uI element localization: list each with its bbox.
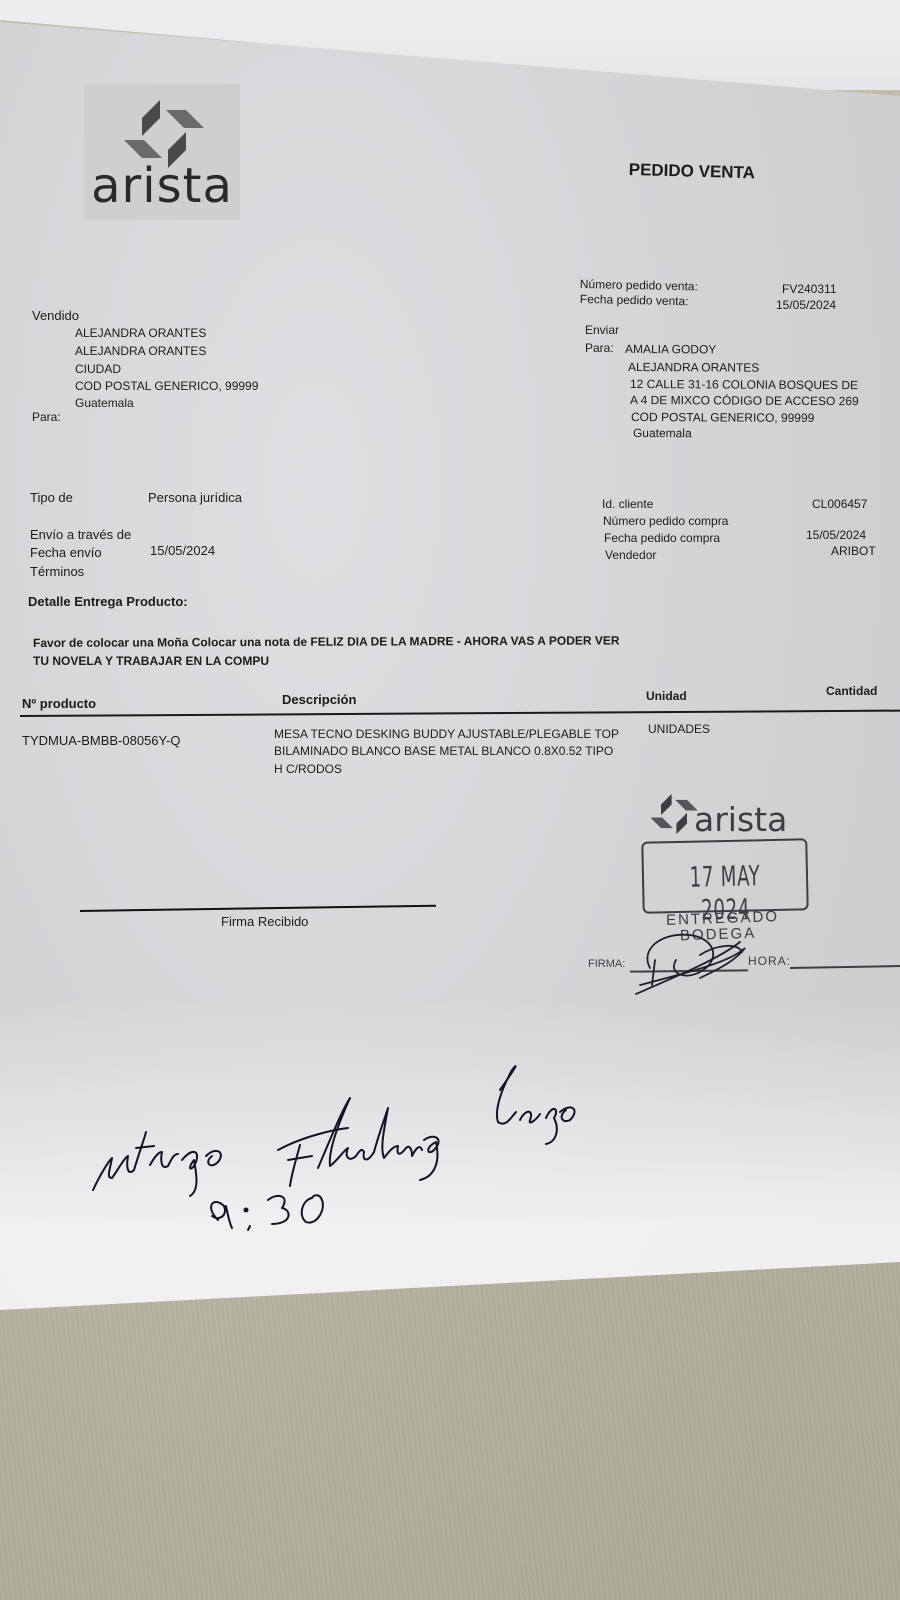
signature-label: Firma Recibido [221, 914, 308, 929]
table-header-product: Nº producto [22, 696, 96, 711]
product-description-line: H C/RODOS [274, 762, 342, 776]
ship-to-label-para: Para: [585, 341, 614, 355]
field-label-vendedor: Vendedor [605, 548, 656, 562]
order-number-label: Número pedido venta: [580, 277, 698, 293]
order-number-value: FV240311 [782, 282, 837, 296]
field-value-fecha-envio: 15/05/2024 [150, 543, 215, 558]
sold-to-label: Vendido [32, 308, 79, 323]
field-label-numero-compra: Número pedido compra [603, 514, 728, 528]
ship-to-line: 12 CALLE 31-16 COLONIA BOSQUES DE [630, 377, 858, 392]
order-date-value: 15/05/2024 [776, 298, 836, 312]
field-label-tipo: Tipo de [30, 490, 73, 505]
order-date-label: Fecha pedido venta: [580, 292, 689, 308]
arista-logo-mark-icon [648, 788, 700, 840]
ship-to-line: A 4 DE MIXCO CÓDIGO DE ACCESO 269 [630, 393, 859, 408]
sold-to-line: ALEJANDRA ORANTES [75, 326, 206, 340]
delivery-note-line: TU NOVELA Y TRABAJAR EN LA COMPU [33, 654, 269, 668]
table-header-description: Descripción [282, 692, 356, 707]
product-description-line: BILAMINADO BLANCO BASE METAL BLANCO 0.8X… [274, 744, 613, 758]
document-title: PEDIDO VENTA [628, 160, 755, 183]
stamp-firma-label: FIRMA: [588, 958, 625, 970]
stamp-hora-label: HORA: [748, 954, 791, 968]
field-value-fecha-compra: 15/05/2024 [806, 528, 866, 542]
field-label-envio: Envío a través de [30, 527, 131, 542]
ship-to-line: ALEJANDRA ORANTES [628, 360, 759, 375]
product-unit: UNIDADES [648, 722, 710, 736]
product-description-line: MESA TECNO DESKING BUDDY AJUSTABLE/PLEGA… [274, 727, 619, 741]
stamp-location: BODEGA [680, 925, 757, 945]
field-label-fecha-envio: Fecha envío [30, 545, 102, 560]
delivery-detail-label: Detalle Entrega Producto: [28, 594, 188, 609]
delivery-stamp: arista 17 MAY 2024 ENTREGADO BODEGA FIRM… [640, 786, 900, 986]
sold-to-line: CIUDAD [75, 362, 121, 376]
table-header-unit: Unidad [646, 689, 687, 703]
company-logo: arista [84, 84, 240, 220]
delivery-note-line: Favor de colocar una Moña Colocar una no… [33, 633, 620, 650]
table-header-quantity: Cantidad [826, 684, 877, 698]
field-label-terminos: Términos [30, 564, 84, 579]
sold-to-line: Guatemala [75, 396, 134, 410]
company-name: arista [84, 162, 240, 210]
stamp-brand: arista [694, 800, 787, 839]
field-value-vendedor: ARIBOT [831, 544, 876, 558]
product-code: TYDMUA-BMBB-08056Y-Q [22, 733, 180, 748]
ship-to-line: AMALIA GODOY [625, 342, 716, 356]
sold-to-line: ALEJANDRA ORANTES [75, 344, 206, 358]
stamp-date-box: 17 MAY 2024 [641, 838, 808, 913]
ship-to-label: Enviar [585, 323, 619, 337]
field-label-fecha-compra: Fecha pedido compra [604, 531, 720, 545]
field-value-id-cliente: CL006457 [812, 497, 867, 511]
field-label-id-cliente: Id. cliente [602, 497, 653, 511]
sold-to-label-para: Para: [32, 410, 61, 424]
field-value-tipo: Persona jurídica [148, 490, 242, 505]
ship-to-line: Guatemala [633, 426, 692, 440]
sold-to-line: COD POSTAL GENERICO, 99999 [75, 379, 258, 393]
ship-to-line: COD POSTAL GENERICO, 99999 [631, 410, 814, 425]
